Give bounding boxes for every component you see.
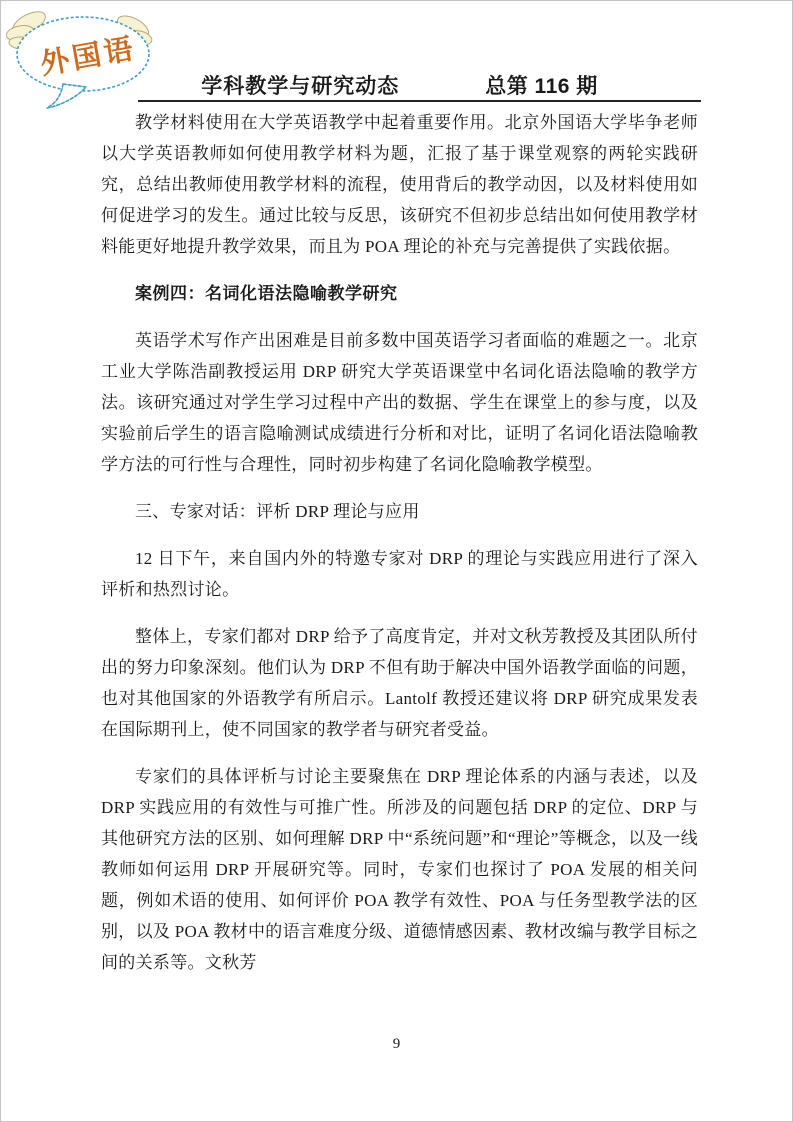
page-header: 学科教学与研究动态 总第 116 期 <box>101 70 698 100</box>
paragraph-overall-evaluation: 整体上，专家们都对 DRP 给予了高度肯定，并对文秋芳教授及其团队所付出的努力印… <box>101 621 698 745</box>
page-number: 9 <box>1 1036 792 1053</box>
section-heading-expert-dialogue: 三、专家对话：评析 DRP 理论与应用 <box>101 496 698 527</box>
header-divider <box>138 100 701 102</box>
paragraph-discussion-focus: 专家们的具体评析与讨论主要聚焦在 DRP 理论体系的内涵与表述，以及 DRP 实… <box>101 761 698 978</box>
section-heading-case-four: 案例四：名词化语法隐喻教学研究 <box>101 278 698 309</box>
document-page: 外国语 学科教学与研究动态 总第 116 期 教学材料使用在大学英语教学中起着重… <box>0 0 793 1122</box>
paragraph-teaching-materials: 教学材料使用在大学英语教学中起着重要作用。北京外国语大学毕争老师以大学英语教师如… <box>101 107 698 262</box>
paragraph-case-four: 英语学术写作产出困难是目前多数中国英语学习者面临的难题之一。北京工业大学陈浩副教… <box>101 325 698 480</box>
journal-title: 学科教学与研究动态 <box>201 70 399 100</box>
document-body: 教学材料使用在大学英语教学中起着重要作用。北京外国语大学毕争老师以大学英语教师如… <box>101 107 698 994</box>
issue-number: 总第 116 期 <box>485 70 598 100</box>
paragraph-afternoon-session: 12 日下午，来自国内外的特邀专家对 DRP 的理论与实践应用进行了深入评析和热… <box>101 543 698 605</box>
